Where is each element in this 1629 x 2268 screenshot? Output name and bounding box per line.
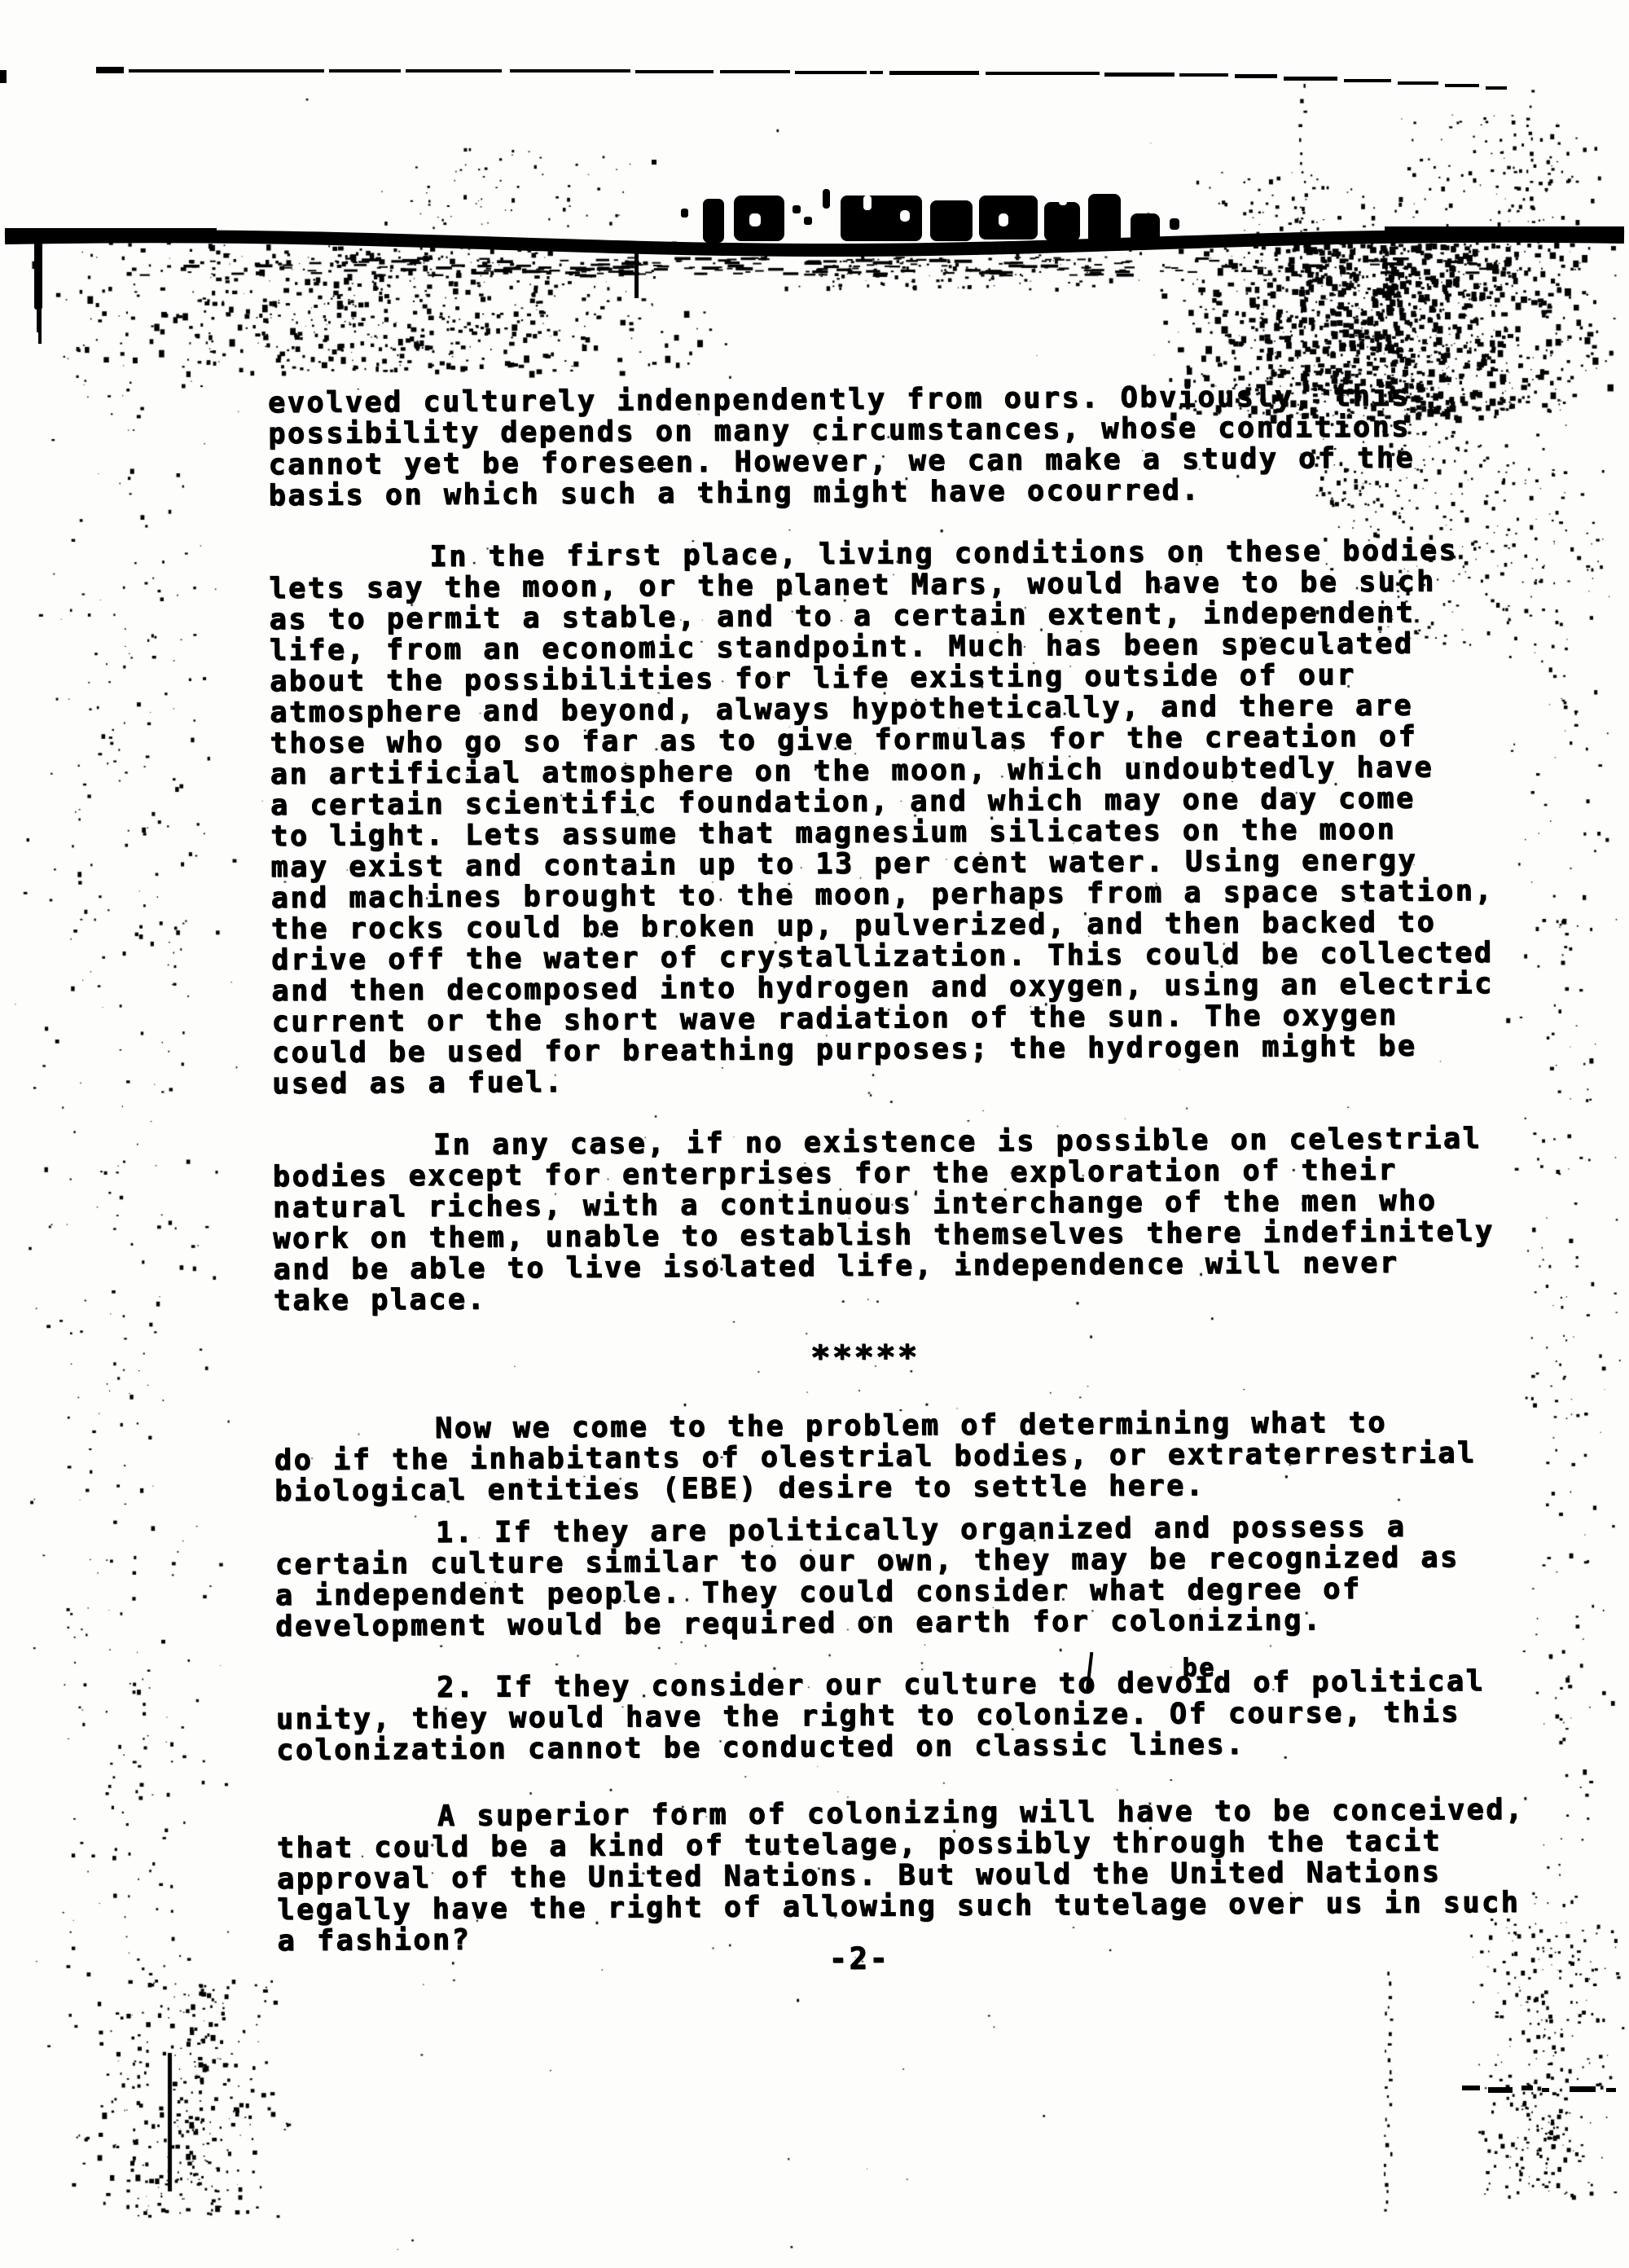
paragraph-superior-form: A superior form of colonizing will have … — [277, 1795, 1526, 1957]
typed-insertion-correction: be — [1076, 1632, 1216, 1730]
insertion-text: be — [1183, 1654, 1217, 1682]
paragraph-now-we-come: Now we come to the problem of determinin… — [274, 1407, 1477, 1507]
paragraph-in-the-first-place: In the first place, living conditions on… — [269, 535, 1495, 1100]
list-item-1: 1. If they are politically organized and… — [275, 1511, 1460, 1642]
typewritten-text: evolved culturely indenpendently from ou… — [0, 0, 1629, 2268]
insertion-caret — [1086, 1652, 1093, 1690]
paragraph-in-any-case: In any case, if no existence is possible… — [273, 1123, 1495, 1316]
list-item-2: 2. If they consider our culture to devoi… — [276, 1666, 1486, 1766]
page-number: -2- — [829, 1943, 890, 1974]
paragraph-evolved-culturely: evolved culturely indenpendently from ou… — [268, 380, 1416, 512]
section-separator: ***** — [810, 1342, 920, 1374]
document-page: evolved culturely indenpendently from ou… — [0, 0, 1629, 2268]
